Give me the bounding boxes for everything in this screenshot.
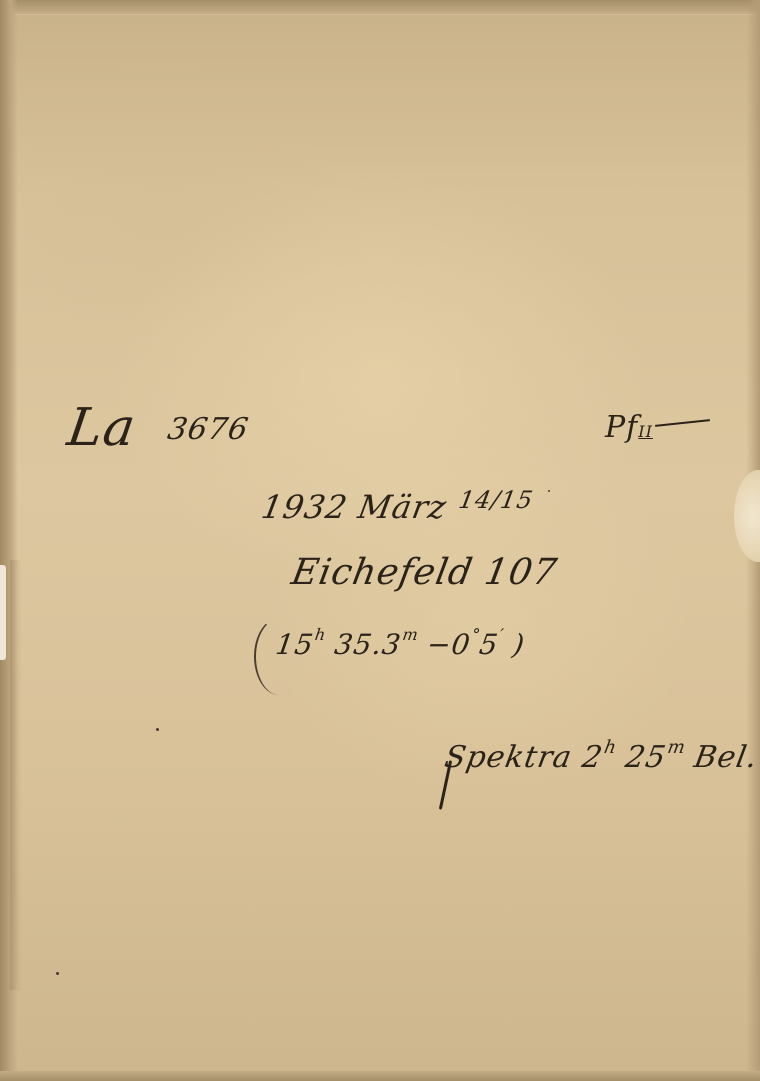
coordinates: 15h 35.3m −0°5′ ) [256,628,528,661]
date-days: 14/15 [457,486,536,514]
ra-hours-unit: h [314,625,328,644]
initials-suffix: II [638,422,653,441]
date-year: 1932 [259,488,351,526]
spectra-minutes: 25 [623,740,669,775]
spectra-hours: 2 [579,740,605,775]
catalog-number: 3676 [165,412,252,447]
catalog-prefix: La [64,398,140,458]
initials: PfII [605,410,653,445]
initials-text: Pf [605,410,638,445]
ink-speck [548,490,550,492]
spectra-hours-unit: h [603,737,619,758]
ra-minutes-unit: m [401,625,420,644]
left-crease [10,560,22,990]
dec-degrees: −0 [425,628,473,661]
ra-minutes: 35.3 [333,628,404,661]
date-month: März [355,488,450,526]
top-fold-edge [0,0,760,15]
spectra-label: Spektra [442,740,575,775]
spectra-exposure: Spektra 2h 25m Bel. [442,740,760,775]
dec-minutes-unit: ′ [498,625,505,644]
bottom-fold-edge [0,1071,760,1081]
observation-date: 1932 März 14/15 [259,488,536,526]
ink-speck [156,728,159,731]
spectra-minutes-unit: m [666,737,688,758]
ink-speck [56,972,59,975]
field-name: Eichefeld 107 [288,552,560,593]
paper-sleeve [0,0,760,1081]
left-tear [0,565,6,660]
spectra-suffix: Bel. [691,740,760,775]
ra-hours: 15 [274,628,316,661]
